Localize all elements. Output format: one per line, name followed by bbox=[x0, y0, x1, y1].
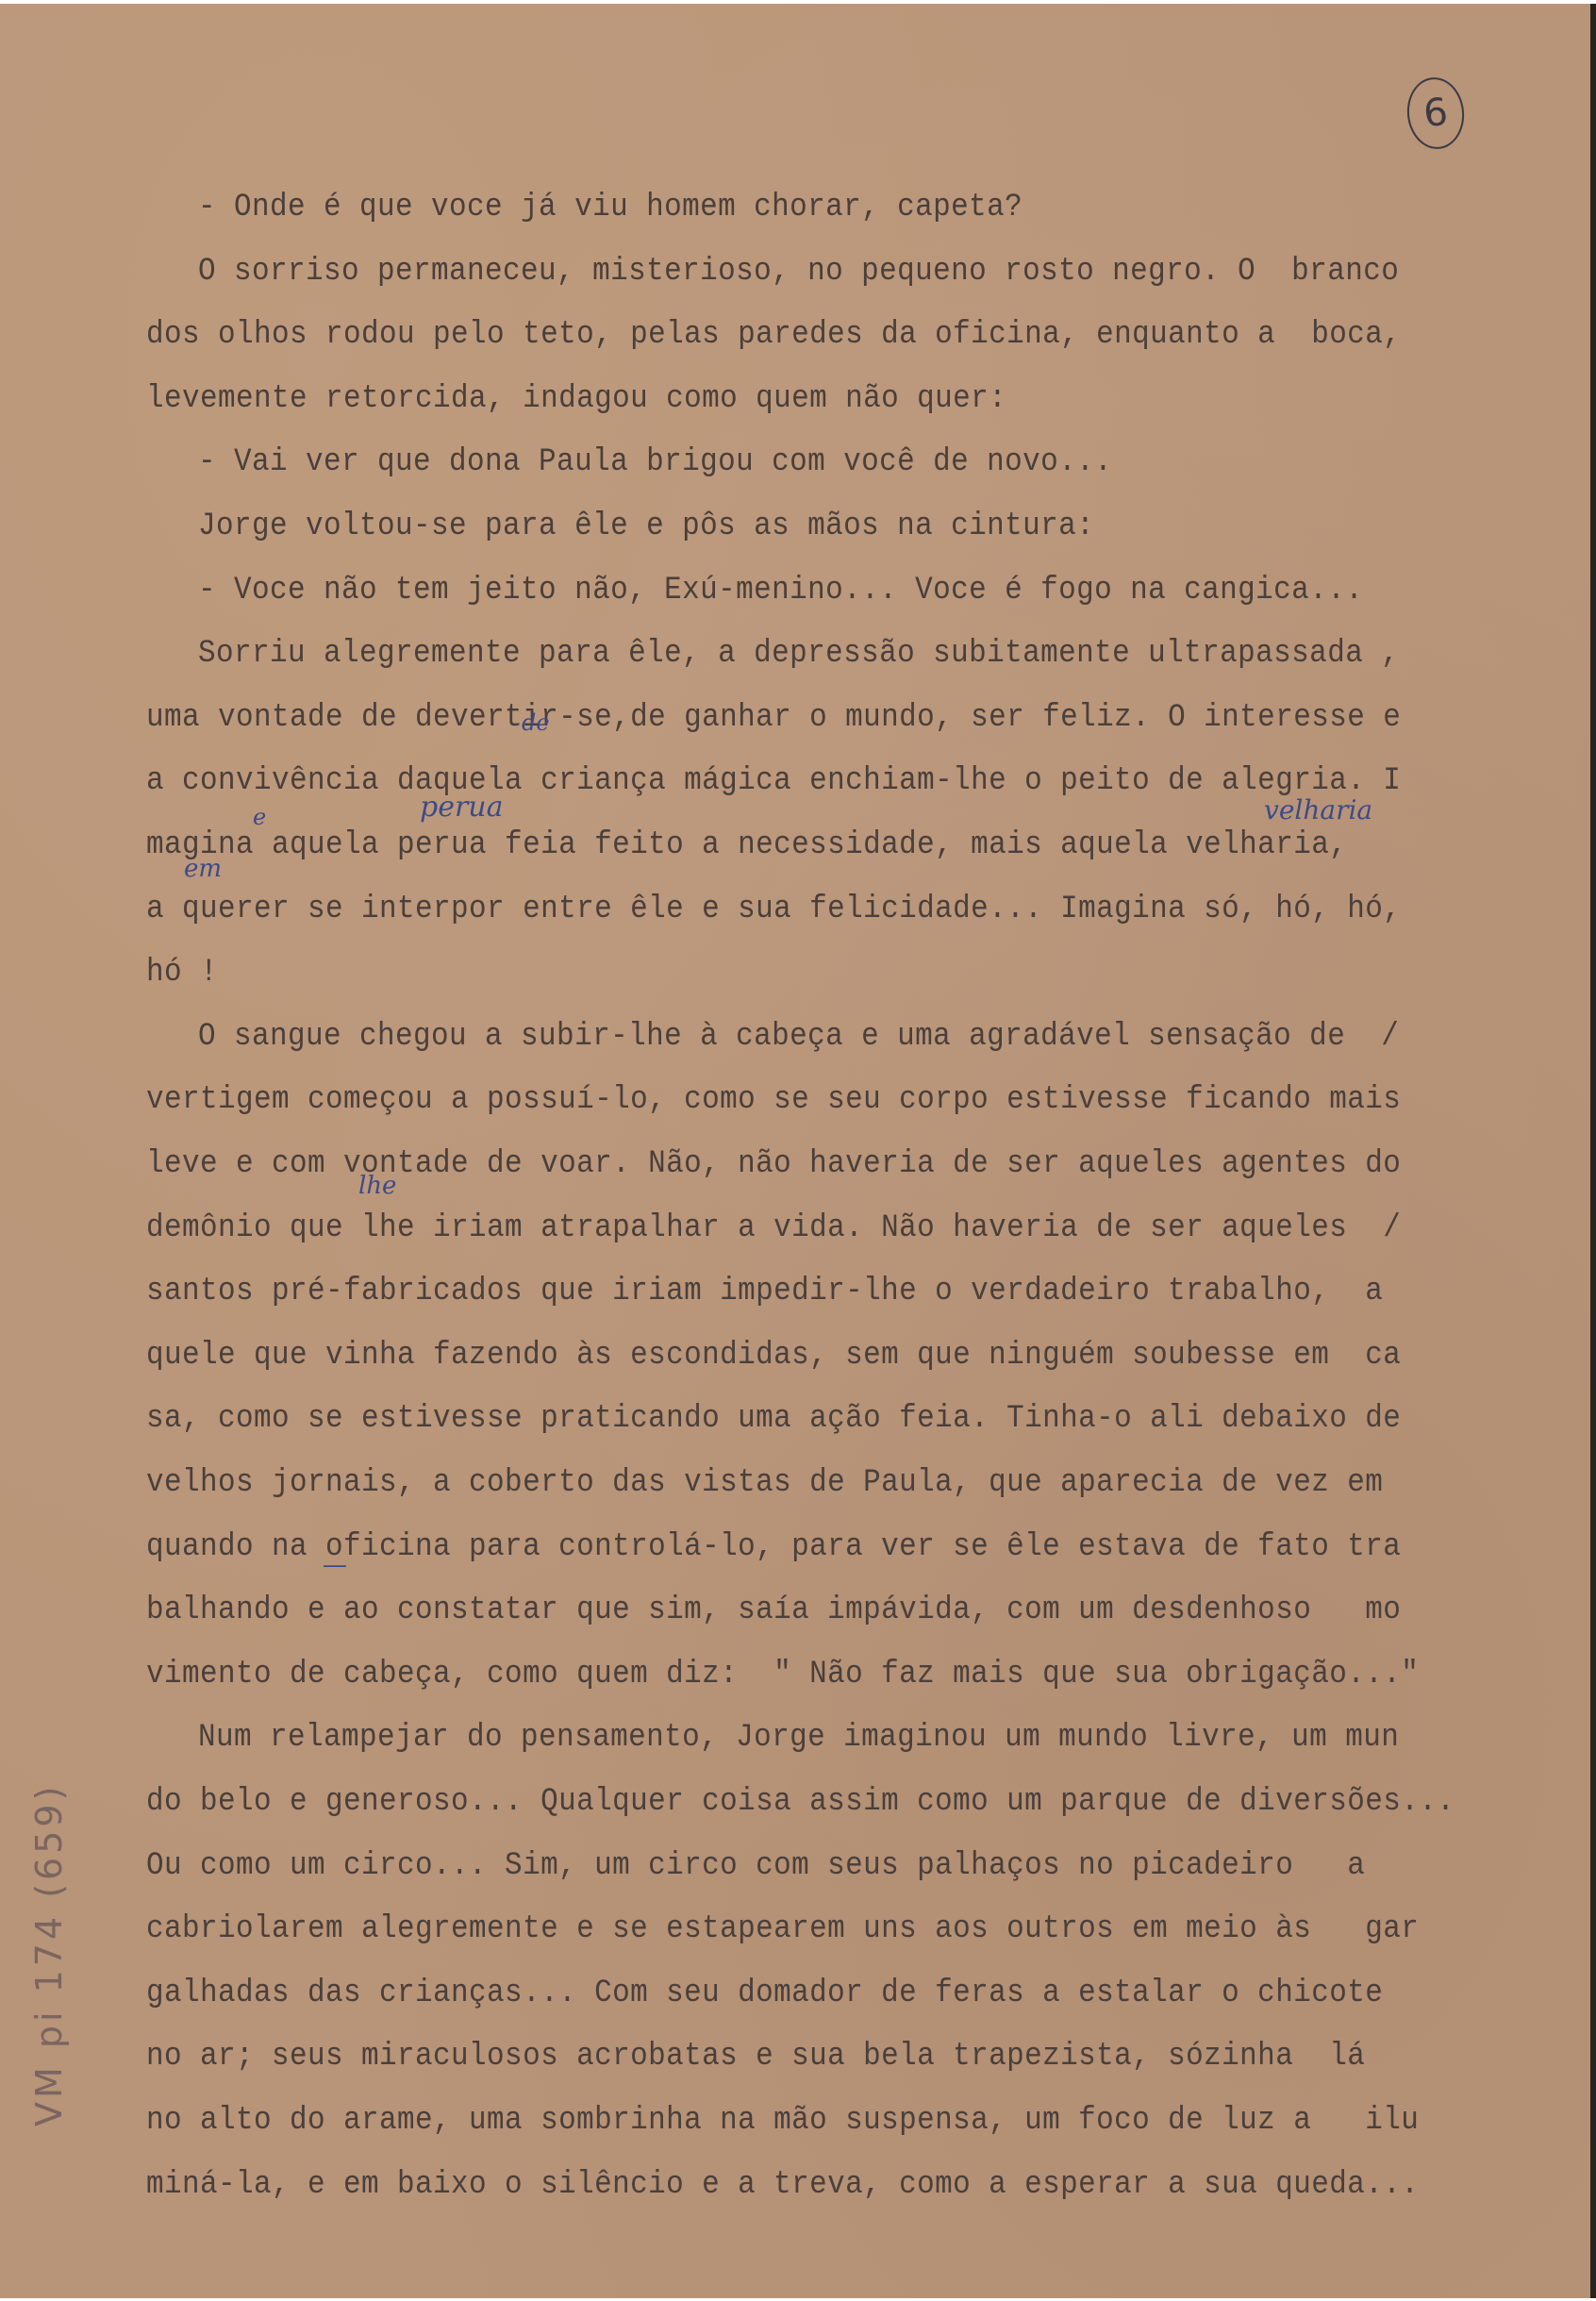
text-line: vertigem começou a possuí-lo, como se se… bbox=[146, 1079, 1462, 1122]
correction-perua: perua bbox=[420, 791, 504, 824]
text-line: vimento de cabeça, como quem diz: " Não … bbox=[146, 1653, 1462, 1695]
text-line: hó ! bbox=[146, 952, 1462, 994]
correction-de: de bbox=[522, 709, 550, 736]
correction-em: em bbox=[184, 855, 222, 883]
text-line: galhadas das crianças... Com seu domador… bbox=[146, 1972, 1462, 2014]
text-line: sa, como se estivesse praticando uma açã… bbox=[146, 1398, 1462, 1441]
text-line: Jorge voltou-se para êle e pôs as mãos n… bbox=[198, 506, 1462, 548]
correction-e-mark: — bbox=[323, 1551, 347, 1579]
text-line: no ar; seus miraculosos acrobatas e sua … bbox=[146, 2036, 1462, 2078]
text-line: velhos jornais, a coberto das vistas de … bbox=[146, 1462, 1462, 1505]
text-line: santos pré-fabricados que iriam impedir-… bbox=[146, 1271, 1462, 1313]
text-line: a querer se interpor entre êle e sua fel… bbox=[146, 888, 1462, 930]
text-line: Num relampejar do pensamento, Jorge imag… bbox=[198, 1717, 1462, 1759]
text-line: Sorriu alegremente para êle, a depressão… bbox=[198, 633, 1462, 675]
typewritten-page: 6 VM pi 174 (659) - Onde é que voce já v… bbox=[0, 4, 1596, 2298]
text-line: O sangue chegou a subir-lhe à cabeça e u… bbox=[198, 1015, 1462, 1058]
correction-lhe: lhe bbox=[358, 1172, 396, 1200]
correction-e: e bbox=[253, 804, 266, 830]
text-line: balhando e ao constatar que sim, saía im… bbox=[146, 1590, 1462, 1632]
text-line: uma vontade de devertir-se,de ganhar o m… bbox=[146, 696, 1462, 739]
text-line: O sorriso permaneceu, misterioso, no peq… bbox=[198, 250, 1462, 292]
text-line: - Vai ver que dona Paula brigou com você… bbox=[198, 442, 1462, 484]
text-line: leve e com vontade de voar. Não, não hav… bbox=[146, 1143, 1462, 1186]
text-line: - Voce não tem jeito não, Exú-menino... … bbox=[198, 569, 1462, 611]
text-line: quele que vinha fazendo às escondidas, s… bbox=[146, 1334, 1462, 1376]
margin-annotation: VM pi 174 (659) bbox=[28, 1783, 70, 2126]
text-line: - Onde é que voce já viu homem chorar, c… bbox=[198, 187, 1462, 229]
text-line: Ou como um circo... Sim, um circo com se… bbox=[146, 1844, 1462, 1887]
correction-velharia: velharia bbox=[1264, 794, 1372, 825]
page-number: 6 bbox=[1404, 75, 1468, 152]
text-line: dos olhos rodou pelo teto, pelas paredes… bbox=[146, 314, 1462, 357]
text-line: do belo e generoso... Qualquer coisa ass… bbox=[146, 1781, 1462, 1824]
text-line: no alto do arame, uma sombrinha na mão s… bbox=[146, 2100, 1462, 2143]
text-line: levemente retorcida, indagou como quem n… bbox=[146, 377, 1462, 420]
text-line: miná-la, e em baixo o silêncio e a treva… bbox=[146, 2163, 1462, 2206]
text-line: magina aquela perua feia feito a necessi… bbox=[146, 825, 1462, 867]
text-line: demônio que lhe iriam atrapalhar a vida.… bbox=[146, 1207, 1462, 1249]
text-line: cabriolarem alegremente e se estapearem … bbox=[146, 1909, 1462, 1951]
